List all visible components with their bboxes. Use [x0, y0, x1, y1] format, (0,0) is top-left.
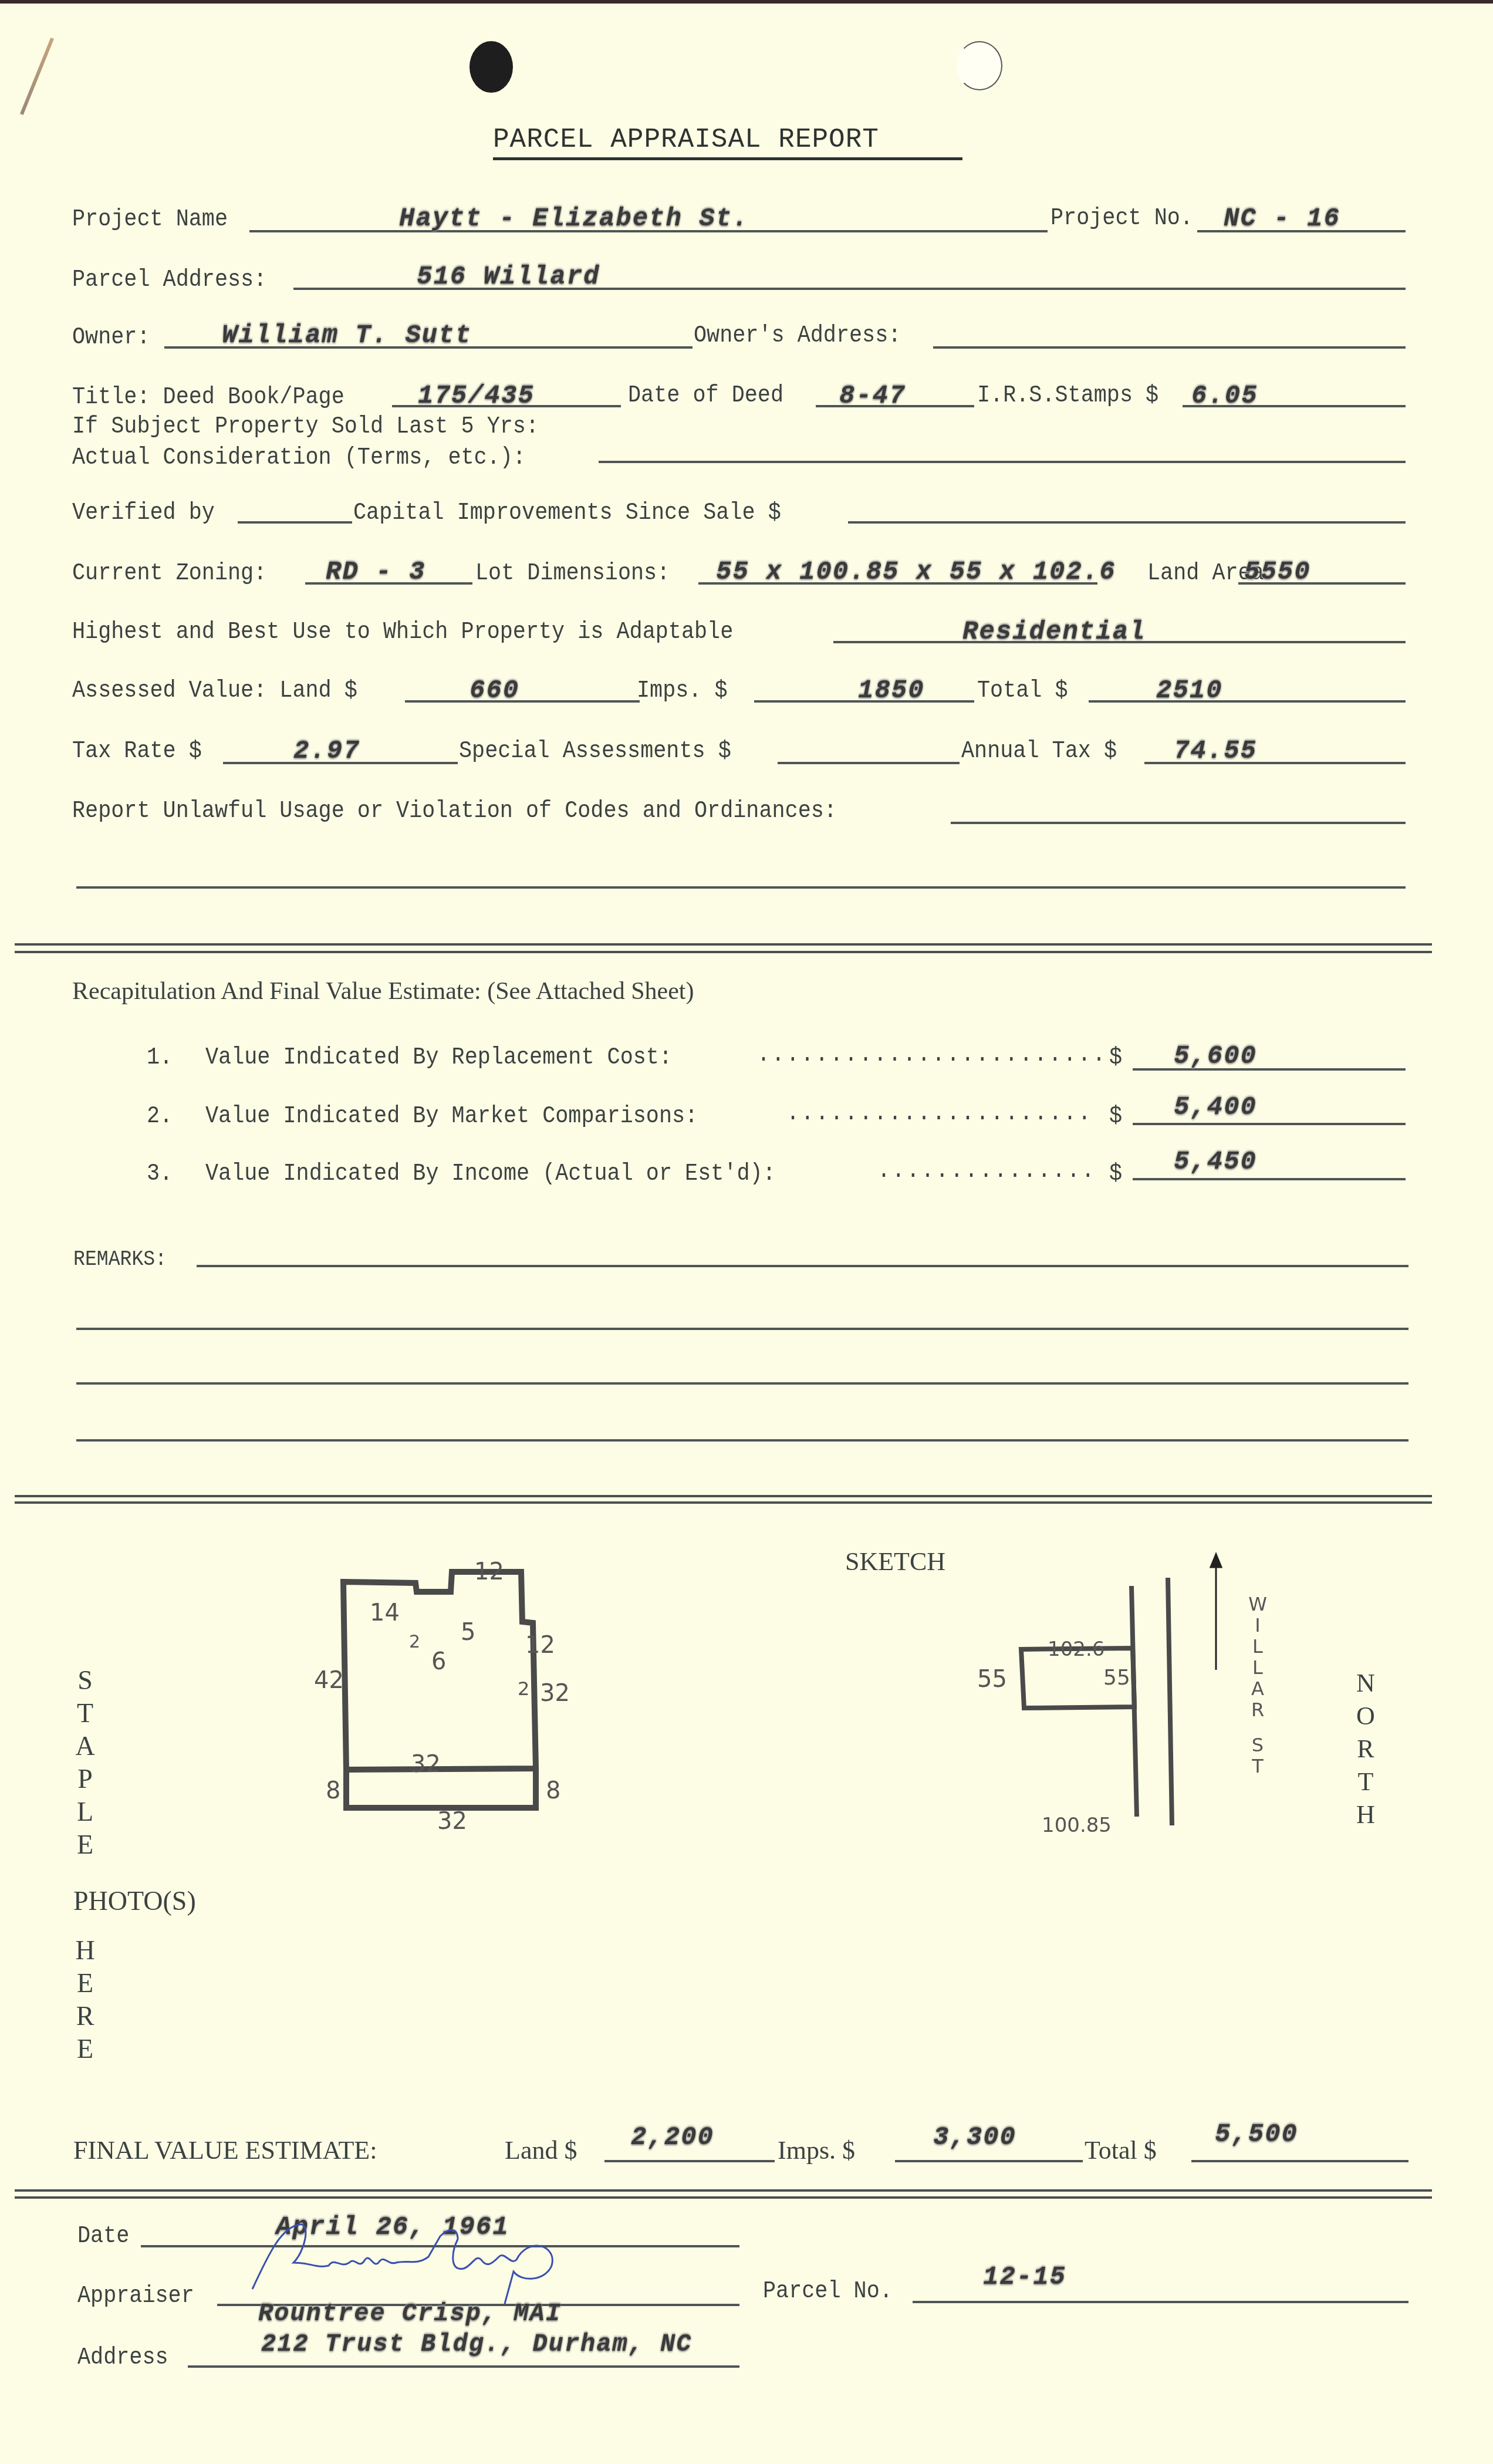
final-land-value: 2,200: [631, 2123, 714, 2152]
final-total-field[interactable]: [1191, 2160, 1408, 2162]
parcel-no-label: Parcel No.: [763, 2279, 893, 2305]
address-label: Address: [77, 2345, 168, 2371]
north-letter: O: [1351, 1700, 1380, 1733]
project-name-label: Project Name: [72, 207, 228, 233]
final-imps-field[interactable]: [895, 2160, 1083, 2162]
date-of-deed-label: Date of Deed: [628, 383, 783, 409]
section-divider: [15, 951, 1432, 953]
actual-consideration-label: Actual Consideration (Terms, etc.):: [72, 445, 526, 471]
recap-value-3: 5,450: [1174, 1147, 1257, 1177]
north-letter: N: [1351, 1667, 1380, 1700]
recap-currency-1: $: [1109, 1045, 1122, 1071]
capital-improvements-label: Capital Improvements Since Sale $: [353, 500, 781, 526]
lot-dim-top: 102.6: [1048, 1638, 1104, 1661]
dim-porch-right: 8: [546, 1777, 560, 1804]
zoning-value: RD - 3: [326, 558, 425, 587]
owner-value: William T. Sutt: [222, 321, 472, 350]
unlawful-usage-field-line2[interactable]: [76, 886, 1406, 889]
parcel-no-value: 12-15: [983, 2263, 1066, 2292]
assessed-total-value: 2510: [1156, 676, 1223, 706]
here-letter: E: [73, 1967, 97, 2000]
remarks-field-line4[interactable]: [76, 1439, 1408, 1442]
lot-dimensions-label: Lot Dimensions:: [475, 561, 670, 587]
street-letter: T: [1246, 1756, 1269, 1777]
street-letter: W: [1246, 1594, 1269, 1615]
assessed-total-label: Total $: [977, 678, 1068, 704]
owners-address-label: Owner's Address:: [694, 323, 901, 349]
address-value: 212 Trust Bldg., Durham, NC: [261, 2330, 693, 2358]
unlawful-usage-label: Report Unlawful Usage or Violation of Co…: [72, 798, 837, 825]
section-divider: [15, 2189, 1432, 2192]
recap-label-2: Value Indicated By Market Comparisons:: [205, 1103, 698, 1130]
street-letter: A: [1246, 1678, 1269, 1699]
land-area-value: 5550: [1244, 558, 1311, 587]
dim-mid: 32: [411, 1751, 441, 1778]
sold-last-label: If Subject Property Sold Last 5 Yrs:: [72, 414, 539, 440]
section-divider: [15, 1495, 1432, 1497]
punch-hole-icon: [469, 41, 513, 93]
photos-label: PHOTO(S): [73, 1885, 196, 1916]
staple-letter: A: [73, 1730, 97, 1763]
dim-top-right: 12: [474, 1558, 504, 1585]
recap-dots-2: .....................: [786, 1101, 1093, 1127]
section-divider: [15, 943, 1432, 946]
north-label: N O R T H: [1351, 1667, 1380, 1831]
final-imps-value: 3,300: [933, 2123, 1016, 2152]
street-letter: L: [1246, 1657, 1269, 1678]
final-total-value: 5,500: [1215, 2120, 1298, 2149]
final-total-label: Total $: [1085, 2135, 1157, 2165]
project-no-value: NC - 16: [1224, 204, 1340, 234]
page-edge: [0, 0, 1493, 4]
dim-step1: 2: [409, 1632, 420, 1652]
recap-value-1: 5,600: [1174, 1042, 1257, 1071]
section-divider: [15, 1501, 1432, 1504]
page-title: PARCEL APPRAISAL REPORT: [493, 124, 879, 155]
recap-field-2[interactable]: [1133, 1123, 1406, 1125]
staple-letter: S: [73, 1664, 97, 1697]
zoning-label: Current Zoning:: [72, 561, 266, 587]
best-use-label: Highest and Best Use to Which Property i…: [72, 619, 733, 646]
date-label: Date: [77, 2223, 129, 2250]
parcel-address-value: 516 Willard: [417, 262, 600, 292]
sketch-heading: SKETCH: [845, 1547, 945, 1577]
project-no-label: Project No.: [1050, 205, 1193, 232]
appraiser-name-value: Rountree Crisp, MAI: [258, 2300, 562, 2328]
actual-consideration-field[interactable]: [599, 461, 1406, 463]
owner-label: Owner:: [72, 325, 150, 351]
assessed-imps-label: Imps. $: [637, 678, 728, 704]
dim-right-upper: 12: [525, 1632, 555, 1659]
here-label: H E R E: [73, 1934, 97, 2065]
irs-stamps-label: I.R.S.Stamps $: [977, 383, 1158, 409]
annual-tax-label: Annual Tax $: [961, 738, 1117, 765]
final-land-label: Land $: [505, 2135, 577, 2165]
final-value-label: FINAL VALUE ESTIMATE:: [73, 2135, 377, 2165]
here-letter: R: [73, 2000, 97, 2033]
street-label: W I L L A R S T: [1246, 1594, 1269, 1777]
date-of-deed-value: 8-47: [839, 382, 906, 411]
annual-tax-value: 74.55: [1174, 737, 1257, 766]
staple-letter: T: [73, 1697, 97, 1730]
verified-by-field[interactable]: [238, 521, 352, 524]
irs-stamps-value: 6.05: [1191, 382, 1258, 411]
remarks-field-line1[interactable]: [197, 1265, 1408, 1267]
remarks-field-line2[interactable]: [76, 1328, 1408, 1330]
lot-dim-left: 55: [977, 1666, 1007, 1693]
dim-porch-left: 8: [326, 1777, 340, 1804]
dim-step3: 2: [518, 1677, 529, 1700]
dim-bottom: 32: [437, 1808, 467, 1835]
parcel-address-label: Parcel Address:: [72, 267, 266, 293]
dim-notch: 6: [431, 1648, 446, 1675]
recap-label-3: Value Indicated By Income (Actual or Est…: [205, 1161, 776, 1187]
dim-step2: 5: [461, 1619, 475, 1646]
here-letter: H: [73, 1934, 97, 1967]
assessed-imps-value: 1850: [858, 676, 925, 706]
lot-sketch: [939, 1526, 1408, 2007]
assessed-land-value: 660: [469, 676, 519, 706]
tax-rate-value: 2.97: [293, 737, 360, 766]
project-name-value: Haytt - Elizabeth St.: [399, 204, 749, 234]
section-divider: [15, 2196, 1432, 2199]
staple-letter: L: [73, 1795, 97, 1828]
recap-field-3[interactable]: [1133, 1178, 1406, 1180]
assessed-land-field[interactable]: [405, 700, 640, 703]
recap-num-1: 1.: [147, 1045, 173, 1071]
deed-label: Title: Deed Book/Page: [72, 384, 344, 411]
final-land-field[interactable]: [604, 2160, 775, 2162]
final-imps-label: Imps. $: [778, 2135, 855, 2165]
parcel-no-field[interactable]: [913, 2301, 1408, 2303]
dim-left: 42: [314, 1667, 344, 1694]
recap-value-2: 5,400: [1174, 1093, 1257, 1122]
recap-dots-3: ...............: [877, 1158, 1096, 1184]
lot-dimensions-value: 55 x 100.85 x 55 x 102.6: [716, 558, 1116, 587]
title-underline: [493, 157, 962, 160]
north-letter: T: [1351, 1766, 1380, 1798]
appraiser-signature: [246, 2216, 669, 2310]
staple-label: S T A P L E: [73, 1664, 97, 1861]
punch-hole-icon: [957, 41, 1002, 90]
dim-right: 32: [540, 1680, 570, 1707]
staple-letter: E: [73, 1828, 97, 1861]
street-letter: R: [1246, 1699, 1269, 1720]
unlawful-usage-field[interactable]: [951, 822, 1406, 824]
street-letter: L: [1246, 1636, 1269, 1657]
recap-currency-2: $: [1109, 1103, 1122, 1130]
assessed-total-field[interactable]: [1089, 700, 1406, 703]
street-letter: S: [1246, 1734, 1269, 1756]
recap-currency-3: $: [1109, 1161, 1122, 1187]
special-assessments-field[interactable]: [778, 762, 960, 764]
dim-top-left: 14: [370, 1599, 400, 1626]
assessed-land-label: Assessed Value: Land $: [72, 678, 357, 704]
recap-label-1: Value Indicated By Replacement Cost:: [205, 1045, 672, 1071]
tax-rate-label: Tax Rate $: [72, 738, 202, 765]
best-use-value: Residential: [962, 617, 1146, 647]
building-sketch: [293, 1526, 734, 2113]
north-letter: R: [1351, 1733, 1380, 1766]
recap-heading: Recapitulation And Final Value Estimate:…: [72, 977, 694, 1005]
here-letter: E: [73, 2033, 97, 2065]
paper-mark: [20, 38, 54, 115]
remarks-label: REMARKS:: [73, 1247, 167, 1271]
lot-dim-right: 55: [1103, 1666, 1130, 1690]
address-field[interactable]: [188, 2365, 739, 2368]
street-letter: I: [1246, 1615, 1269, 1636]
staple-letter: P: [73, 1763, 97, 1795]
recap-num-3: 3.: [147, 1161, 173, 1187]
deed-value: 175/435: [418, 382, 535, 411]
recap-dots-1: ........................: [757, 1042, 1107, 1068]
verified-by-label: Verified by: [72, 500, 215, 526]
capital-improvements-field[interactable]: [848, 521, 1406, 524]
owners-address-field[interactable]: [933, 346, 1406, 349]
lot-dim-bottom: 100.85: [1042, 1814, 1112, 1837]
appraiser-label: Appraiser: [77, 2283, 194, 2310]
special-assessments-label: Special Assessments $: [459, 738, 731, 765]
north-letter: H: [1351, 1798, 1380, 1831]
remarks-field-line3[interactable]: [76, 1382, 1408, 1385]
recap-num-2: 2.: [147, 1103, 173, 1130]
